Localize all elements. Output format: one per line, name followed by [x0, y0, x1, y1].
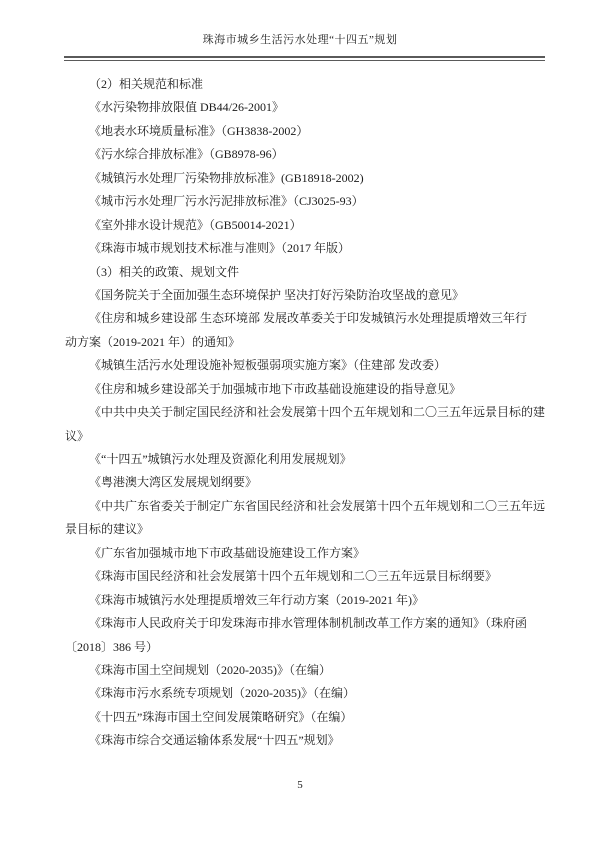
text-line: 议》 [65, 425, 546, 448]
text-line: 《城镇污水处理厂污染物排放标准》(GB18918-2002) [65, 167, 546, 190]
text-line: 《住房和城乡建设部关于加强城市地下市政基础设施建设的指导意见》 [65, 378, 546, 401]
text-line: 《珠海市国土空间规划（2020-2035)》（在编） [65, 659, 546, 682]
text-line: 〔2018〕386 号） [65, 636, 546, 659]
text-line: 《“十四五”城镇污水处理及资源化利用发展规划》 [65, 448, 546, 471]
text-line: 《地表水环境质量标准》（GH3838-2002） [65, 120, 546, 143]
text-line: 《珠海市人民政府关于印发珠海市排水管理体制机制改革工作方案的通知》（珠府函 [65, 612, 546, 635]
text-line: 《珠海市污水系统专项规划（2020-2035)》（在编） [65, 682, 546, 705]
body-lines: （2）相关规范和标准《水污染物排放限值 DB44/26-2001》《地表水环境质… [65, 73, 546, 753]
text-line: 《室外排水设计规范》（GB50014-2021） [65, 214, 546, 237]
text-line: 《住房和城乡建设部 生态环境部 发展改革委关于印发城镇污水处理提质增效三年行 [65, 307, 546, 330]
text-line: 景目标的建议》 [65, 518, 546, 541]
text-line: 《中共广东省委关于制定广东省国民经济和社会发展第十四个五年规划和二〇三五年远 [65, 495, 546, 518]
text-line: 《中共中央关于制定国民经济和社会发展第十四个五年规划和二〇三五年远景目标的建 [65, 401, 546, 424]
text-line: 《城镇生活污水处理设施补短板强弱项实施方案》（住建部 发改委） [65, 354, 546, 377]
document-page: 珠海市城乡生活污水处理“十四五”规划 （2）相关规范和标准《水污染物排放限值 D… [0, 0, 600, 848]
text-line: 《污水综合排放标准》（GB8978-96） [65, 143, 546, 166]
text-line: 《珠海市城镇污水处理提质增效三年行动方案（2019-2021 年)》 [65, 589, 546, 612]
page-header-title: 珠海市城乡生活污水处理“十四五”规划 [0, 31, 600, 47]
text-line: 《珠海市国民经济和社会发展第十四个五年规划和二〇三五年远景目标纲要》 [65, 565, 546, 588]
text-line: 《珠海市综合交通运输体系发展“十四五”规划》 [65, 729, 546, 752]
header-rule [64, 56, 545, 61]
text-line: 《广东省加强城市地下市政基础设施建设工作方案》 [65, 542, 546, 565]
text-line: 《城市污水处理厂污水污泥排放标准》（CJ3025-93） [65, 190, 546, 213]
text-line: （2）相关规范和标准 [65, 73, 546, 96]
text-line: 《珠海市城市规划技术标准与准则》（2017 年版） [65, 237, 546, 260]
page-footer: 5 [0, 779, 600, 791]
text-line: 《国务院关于全面加强生态环境保护 坚决打好污染防治攻坚战的意见》 [65, 284, 546, 307]
text-line: 动方案（2019-2021 年）的通知》 [65, 331, 546, 354]
page-number: 5 [297, 779, 303, 791]
text-line: 《十四五”珠海市国土空间发展策略研究》（在编） [65, 706, 546, 729]
text-line: 《粤港澳大湾区发展规划纲要》 [65, 471, 546, 494]
text-line: 《水污染物排放限值 DB44/26-2001》 [65, 96, 546, 119]
text-line: （3）相关的政策、规划文件 [65, 261, 546, 284]
